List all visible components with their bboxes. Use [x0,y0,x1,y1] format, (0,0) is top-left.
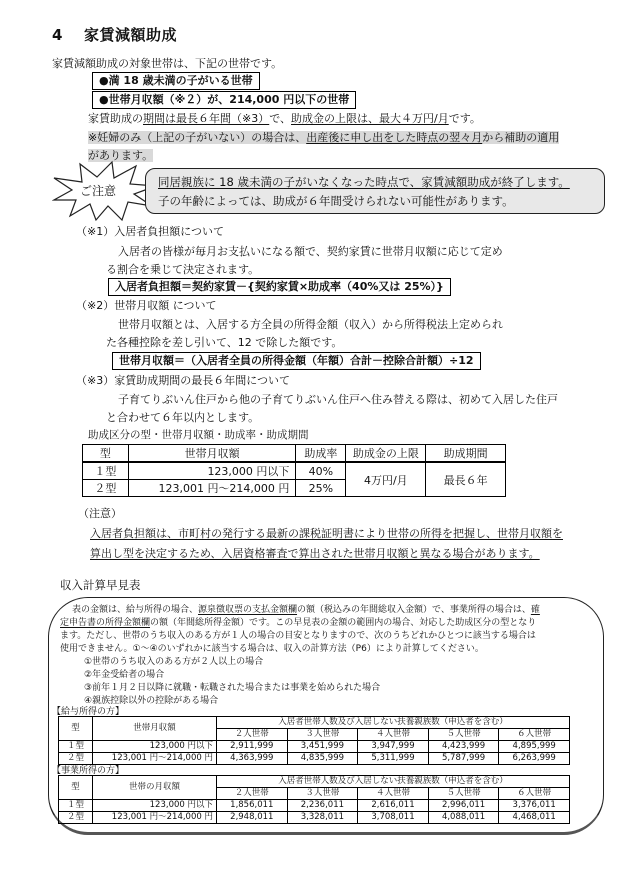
quick-table-title: 収入計算早見表 [60,578,141,593]
quick-desc-line1: 表の金額は、給与所得の場合、源泉徴収票の支払金額欄の額（税込みの年間総収入金額）… [72,604,540,616]
attention-label: （注意） [78,506,122,521]
attention-line2: 算出し型を決定するため、入居資格審査で算出された世帯月収額と異なる場合があります… [90,546,540,561]
table-row: ２型 123,001 円～214,000 円 4,363,999 4,835,9… [59,753,570,765]
note2-formula: 世帯月収額＝（入居者全員の所得金額（年額）合計－控除合計額）÷12 [112,352,481,370]
subsidy-table-caption: 助成区分の型・世帯月収額・助成率・助成期間 [88,428,309,443]
note1-body2: る割合を乗じて決定されます。 [106,262,259,277]
section-number: 4 [52,26,84,44]
th-limit: 助成金の上限 [346,445,426,463]
note1-title: （※1）入居者負担額について [76,224,224,239]
table-row: １型 123,000 円以下 2,911,999 3,451,999 3,947… [59,741,570,753]
caution-line-2: 子の年齢によっては、助成が６年間受けられない可能性があります。 [158,192,592,211]
note2-body1: 世帯月収額とは、入居する方全員の所得金額（収入）から所得税法上定められ [118,317,503,332]
quick-desc-line4: 使用できません。①～④のいずれかに該当する場合は、収入の計算方法（P6）により計… [60,643,484,655]
table-row: １型 123,000 円以下 1,856,011 2,236,011 2,616… [59,800,570,812]
note1-formula: 入居者負担額＝契約家賃－{契約家賃×助成率（40%又は 25%）} [108,278,451,296]
subsidy-table: 型 世帯月収額 助成率 助成金の上限 助成期間 １型 123,000 円以下 4… [82,444,506,497]
note3-title: （※3）家賃助成期間の最長６年間について [76,373,290,388]
salary-table: 型 世帯月収額 入居者世帯人数及び入居しない扶養親族数（申込者を含む） ２人世帯… [58,716,570,765]
th-income: 世帯月収額 [128,445,296,463]
period-cell: 最長６年 [426,462,506,497]
condition-income: ●世帯月収額（※２）が、214,000 円以下の世帯 [92,91,356,109]
note1-body1: 入居者の皆様が毎月お支払いになる額で、契約家賃に世帯月収額に応じて定め [118,244,503,259]
section-heading: 4家賃減額助成 [52,24,177,45]
table-row: ２型 123,001 円～214,000 円 2,948,011 3,328,0… [59,812,570,824]
note3-body1: 子育てりぶいん住戸から他の子育てりぶいん住戸へ住み替える際は、初めて入居した住戸 [118,392,558,407]
attention-line1: 入居者負担額は、市町村の発行する最新の課税証明書により世帯の所得を把握し、世帯月… [90,526,563,541]
intro-text: 家賃減額助成の対象世帯は、下記の世帯です。 [52,56,282,71]
th-period: 助成期間 [426,445,506,463]
caution-line-1: 同居親族に 18 歳未満の子がいなくなった時点で、家賃減額助成が終了します。 [158,173,592,192]
pregnant-note-line1: ※妊婦のみ（上記の子がいない）の場合は、出産後に申し出をした時点の翌々月から補助… [88,130,559,145]
table-row: １型 123,000 円以下 40% 4万円/月 最長６年 [83,462,506,480]
exception-1: ①世帯のうち収入のある方が２人以上の場合 [84,656,263,668]
section-title: 家賃減額助成 [84,26,177,44]
th-rate: 助成率 [296,445,346,463]
note3-body2: と合わせて６年以内とします。 [106,410,259,425]
period-line: 家賃助成の期間は最長６年間（※3）で、助成金の上限は、最大４万円/月です。 [88,111,481,126]
note2-title: （※2）世帯月収額 について [76,298,217,313]
condition-child: ●満 18 歳未満の子がいる世帯 [92,72,260,90]
business-table: 型 世帯の月収額 入居者世帯人数及び入居しない扶養親族数（申込者を含む） ２人世… [58,775,570,824]
exception-3: ③前年１月２日以降に就職・転職された場合または事業を始められた場合 [84,682,380,694]
exception-2: ②年金受給者の場合 [84,669,164,681]
limit-cell: 4万円/月 [346,462,426,497]
th-type: 型 [83,445,129,463]
note2-body2: た各種控除を差し引いて、12 で除した額です。 [106,335,342,350]
caution-callout: 同居親族に 18 歳未満の子がいなくなった時点で、家賃減額助成が終了します。 子… [145,168,605,214]
quick-desc-line2: 定申告書の所得金額欄の額（年間総所得金額）です。この早見表の金額の範囲内の場合、… [60,617,536,629]
caution-badge: ご注意 [80,182,116,199]
quick-desc-line3: ます。ただし、世帯のうち収入のある方が１人の場合の目安となりますので、次のうちど… [60,630,536,642]
